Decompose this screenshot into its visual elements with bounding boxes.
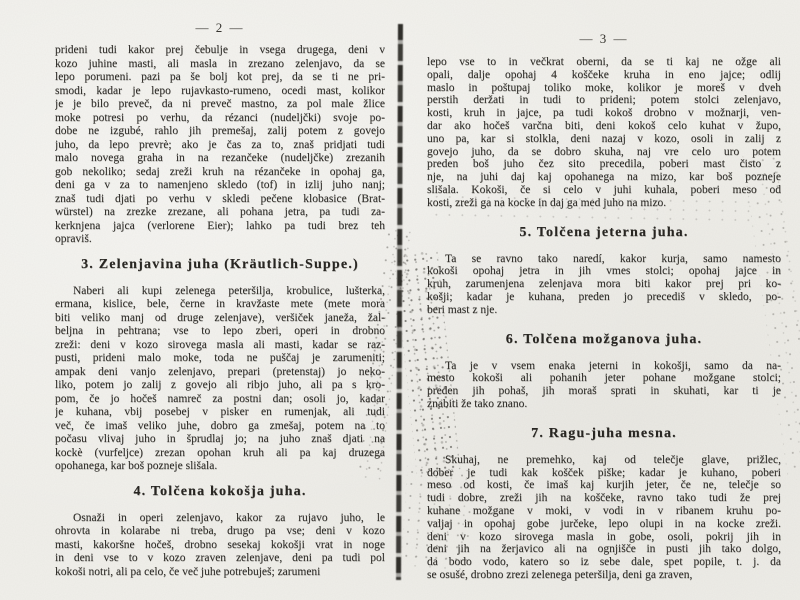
text-line: opali, dalje opohaj 4 koščeke kruha in e… <box>427 69 781 82</box>
text-line: Ta je v vsem enaka jeterni in kokošji, s… <box>427 360 781 373</box>
paragraph: lepo vse to in večkrat oberni, da se ti … <box>427 56 781 210</box>
text-line: Ta se ravno tako naredí, kakor kurja, sa… <box>427 253 781 266</box>
text-line: več, če imaš veliko juhe, dobro ga zmeša… <box>55 420 385 434</box>
text-line: tudi dobre, zreži jih na koščeke, ravno … <box>427 492 781 505</box>
text-line: dobe ne izgubé, rahlo jih premešaj, zali… <box>55 125 385 139</box>
text-line: lepo vse to in večkrat oberni, da se ti … <box>427 56 781 69</box>
paragraph: Osnaži in operi zelenjavo, kakor za ruja… <box>55 512 385 580</box>
text-line: preden jih pohaš, jih moraš sprati in sk… <box>427 385 781 398</box>
text-line: kosti, zreži ga na kocke in daj ga med j… <box>427 197 781 210</box>
text-line: kuhane možgane v moki, v vodi in v riban… <box>427 505 781 518</box>
text-line: deni v kozo sirovega masla in gobe, osol… <box>427 531 781 544</box>
paragraph: prideni tudi kakor prej čebulje in vsega… <box>55 44 385 247</box>
text-line: pom, če jo hočeš namreč za postni dan; o… <box>55 393 385 407</box>
text-line: pusti, prideni malo moke, toda ne puščaj… <box>55 352 385 366</box>
text-line: malo novega graha in na rezančeke (nudel… <box>55 152 385 166</box>
text-line: kokoši notri, ali pa celo, če več juhe p… <box>55 566 385 580</box>
text-line: kockè (vurfeljce) zrezan opohan kruh ali… <box>55 447 385 461</box>
text-line: je kuhana, vbij posebej v pisker en rume… <box>55 406 385 420</box>
text-line: kruh, zarumenjena zelenjava mora biti ka… <box>427 278 781 291</box>
text-line: beri mast z nje. <box>427 304 781 317</box>
text-line: se osušé, drobno zrezi zelenega peteršil… <box>427 569 781 582</box>
section-heading: 4. Tolčena kokošja juha. <box>55 482 385 502</box>
text-line: deni jih na žerjavico ali na ognjišče in… <box>427 543 781 556</box>
text-line: biti veliko manj od druge zelenjave), ve… <box>55 312 385 326</box>
text-line: mesto kokoši ali pohanih jeter pohane mo… <box>427 372 781 385</box>
text-line: nje, na juhi daj kaj opohanega na mizo, … <box>427 171 781 184</box>
text-line: dober je tudi kak košček piške; kadar je… <box>427 467 781 480</box>
text-line: kokoši opohaj jetra in jih vmes stolci; … <box>427 265 781 278</box>
page-seam <box>396 24 402 580</box>
text-line: dar ako hočeš varčna biti, deni kokoš ce… <box>427 120 781 133</box>
text-line: würstel) na zrezke zrezane, ali pohana j… <box>55 206 385 220</box>
page-number-right: — 3 — <box>427 31 781 47</box>
section-heading: 3. Zelenjavina juha (Kräutlich-Suppe.) <box>55 255 385 275</box>
text-line: beljna in pehtrana; vse to lepo zberi, o… <box>55 325 385 339</box>
text-line: juho, da lepo prevrè; ako je čas za to, … <box>55 139 385 153</box>
text-line: in deni vse to v kozo zraven zelenjave, … <box>55 552 385 566</box>
text-line: ermana, kislice, bele, černe in kravžast… <box>55 298 385 312</box>
text-line: uno pa, kar si stolkla, deni nazaj v koz… <box>427 133 781 146</box>
text-line: znaš tudi djati po verhu v skledi pečene… <box>55 193 385 207</box>
section-heading: 7. Ragu-juha mesna. <box>427 424 781 444</box>
paragraph: Ta je v vsem enaka jeterni in kokošji, s… <box>427 360 781 411</box>
text-line: govejo juho, da se dobro skuha, naj vre … <box>427 146 781 159</box>
text-line: opohanega, kar boš pozneje slišala. <box>55 460 385 474</box>
text-line: smodi, kadar je lepo rujavkasto-rumeno, … <box>55 85 385 99</box>
text-line: zreži: deni v kozo sirovega masla ali ma… <box>55 339 385 353</box>
text-line: da bodo vodo, katero so iz sebe dale, sp… <box>427 556 781 569</box>
text-line: opraviš. <box>55 233 385 247</box>
text-line: moke potresi po verhu, da rézanci (nudel… <box>55 112 385 126</box>
text-line: maslo in poštupaj toliko moke, kolikor j… <box>427 82 781 95</box>
paragraph: Naberi ali kupi zelenega peteršilja, kro… <box>55 285 385 474</box>
text-line: ohrovta in kolarabe ni treba, drugo pa v… <box>55 525 385 539</box>
text-line: perstih deržati in tudi to prideni; pote… <box>427 94 781 107</box>
text-line: ampak deni vanjo zelenjavo, prepari (pre… <box>55 366 385 380</box>
text-line: je je bilo preveč, da ni preveč mastno, … <box>55 98 385 112</box>
text-line: deni ga v za to namenjeno skledo (tof) i… <box>55 179 385 193</box>
page-3-content: lepo vse to in večkrat oberni, da se ti … <box>427 56 781 582</box>
paragraph: Skuhaj, ne premehko, kaj od telečje glav… <box>427 454 781 582</box>
text-line: masti, kakoršne hočeš, drobno sesekaj ko… <box>55 539 385 553</box>
section-heading: 5. Tolčena jeterna juha. <box>427 223 781 243</box>
text-line: Osnaži in operi zelenjavo, kakor za ruja… <box>55 512 385 526</box>
text-line: znabiti že tako znano. <box>427 398 781 411</box>
text-line: lepo porumeni. pazi pa še bolj kot prej,… <box>55 71 385 85</box>
text-line: valjaj in opohaj gobe jurčeke, lepo olup… <box>427 518 781 531</box>
text-line: kozo juhine masti, ali masla in zrezano … <box>55 58 385 72</box>
text-line: Naberi ali kupi zelenega peteršilja, kro… <box>55 285 385 299</box>
text-line: preden boš juho čez sito precedila, pobe… <box>427 158 781 171</box>
text-line: kerknjena jajca (verlorene Eier); lahko … <box>55 220 385 234</box>
text-line: slišala. Kokoši, če si celo v juhi kuhal… <box>427 184 781 197</box>
page-number-left: — 2 — <box>55 20 385 36</box>
text-line: Skuhaj, ne premehko, kaj od telečje glav… <box>427 454 781 467</box>
book-scan-spread: — 2 — prideni tudi kakor prej čebulje in… <box>0 0 800 600</box>
text-line: meso od kosti, če imaš kaj kurjih jeter,… <box>427 479 781 492</box>
text-line: gob nekoliko; sedaj zreži kruh na rézanč… <box>55 166 385 180</box>
text-line: kosti, kruh in jajce, pa tudi kokoš drob… <box>427 107 781 120</box>
text-line: počasu vlivaj juho in šprudlaj jo; na ju… <box>55 433 385 447</box>
text-line: košji; kadar je kuhana, preden jo preced… <box>427 291 781 304</box>
paragraph: Ta se ravno tako naredí, kakor kurja, sa… <box>427 253 781 317</box>
page-2-content: prideni tudi kakor prej čebulje in vsega… <box>55 44 385 579</box>
section-heading: 6. Tolčena možganova juha. <box>427 330 781 350</box>
text-line: prideni tudi kakor prej čebulje in vsega… <box>55 44 385 58</box>
text-line: liko, potem jo zalij z govejo ali ribjo … <box>55 379 385 393</box>
